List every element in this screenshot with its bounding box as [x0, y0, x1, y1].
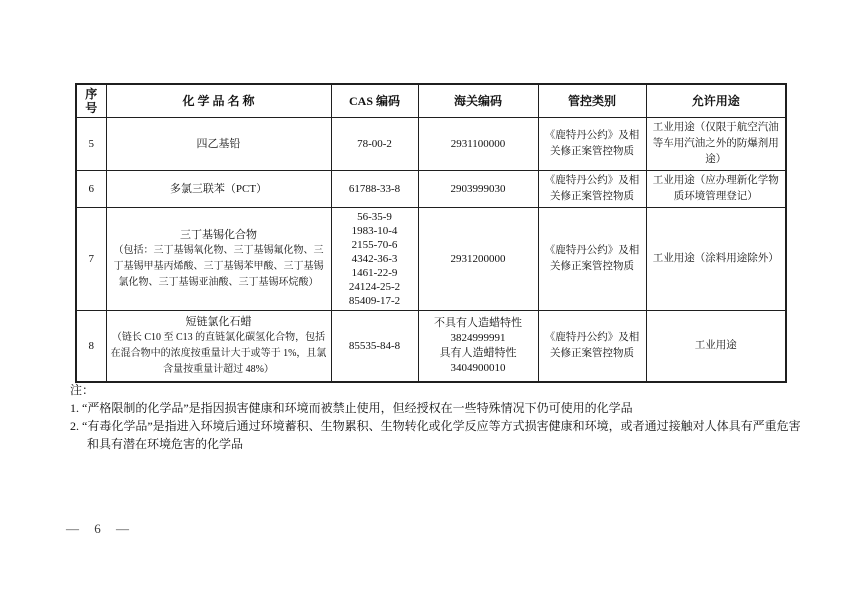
notes-label: 注：: [70, 381, 802, 399]
cell-serial: 8: [76, 311, 106, 382]
col-header-control-category: 管控类别: [538, 84, 646, 118]
cell-serial: 5: [76, 118, 106, 171]
cell-permitted-use: 工业用途（涂料用途除外）: [646, 208, 786, 311]
table-row: 7 三丁基锡化合物 （包括：三丁基锡氧化物、三丁基锡氟化物、三丁基锡甲基丙烯酸、…: [76, 208, 786, 311]
cell-serial: 7: [76, 208, 106, 311]
cell-chemical-name: 四乙基铅: [106, 118, 331, 171]
table-row: 8 短链氯化石蜡 （链长 C10 至 C13 的直链氯化碳氢化合物，包括在混合物…: [76, 311, 786, 382]
note-item-1: 1. “严格限制的化学品”是指因损害健康和环境而被禁止使用，但经授权在一些特殊情…: [70, 399, 802, 417]
cell-customs-code: 2931200000: [418, 208, 538, 311]
chemical-name-detail: （包括：三丁基锡氧化物、三丁基锡氟化物、三丁基锡甲基丙烯酸、三丁基锡苯甲酸、三丁…: [111, 243, 327, 291]
col-header-cas-code: CAS 编码: [331, 84, 418, 118]
cell-control-category: 《鹿特丹公约》及相关修正案管控物质: [538, 118, 646, 171]
cell-chemical-name: 多氯三联苯（PCT）: [106, 171, 331, 208]
cell-permitted-use: 工业用途（应办理新化学物质环境管理登记）: [646, 171, 786, 208]
col-header-serial-label: 序号: [83, 87, 99, 115]
cell-control-category: 《鹿特丹公约》及相关修正案管控物质: [538, 311, 646, 382]
chemical-name-title: 三丁基锡化合物: [111, 227, 327, 243]
cell-cas-code: 78-00-2: [331, 118, 418, 171]
chemical-table: 序号 化 学 品 名 称 CAS 编码 海关编码 管控类别 允许用途 5 四乙基…: [75, 83, 787, 383]
document-page: 序号 化 学 品 名 称 CAS 编码 海关编码 管控类别 允许用途 5 四乙基…: [0, 0, 850, 601]
cell-customs-code: 2931100000: [418, 118, 538, 171]
cell-control-category: 《鹿特丹公约》及相关修正案管控物质: [538, 208, 646, 311]
cell-cas-code: 85535-84-8: [331, 311, 418, 382]
col-header-customs-code: 海关编码: [418, 84, 538, 118]
cell-cas-code: 56-35-9 1983-10-4 2155-70-6 4342-36-3 14…: [331, 208, 418, 311]
table-header-row: 序号 化 学 品 名 称 CAS 编码 海关编码 管控类别 允许用途: [76, 84, 786, 118]
chemical-name-detail: （链长 C10 至 C13 的直链氯化碳氢化合物，包括在混合物中的浓度按重量计大…: [111, 330, 327, 378]
chemical-name-title: 多氯三联苯（PCT）: [111, 181, 327, 197]
cell-cas-code: 61788-33-8: [331, 171, 418, 208]
table-row: 6 多氯三联苯（PCT） 61788-33-8 2903999030 《鹿特丹公…: [76, 171, 786, 208]
page-number: — 6 —: [66, 521, 130, 537]
notes-section: 注： 1. “严格限制的化学品”是指因损害健康和环境而被禁止使用，但经授权在一些…: [70, 381, 802, 453]
col-header-chemical-name: 化 学 品 名 称: [106, 84, 331, 118]
cell-customs-code: 不具有人造蜡特性 3824999991 具有人造蜡特性 3404900010: [418, 311, 538, 382]
cell-customs-code: 2903999030: [418, 171, 538, 208]
cell-permitted-use: 工业用途: [646, 311, 786, 382]
cell-serial: 6: [76, 171, 106, 208]
cell-chemical-name: 三丁基锡化合物 （包括：三丁基锡氧化物、三丁基锡氟化物、三丁基锡甲基丙烯酸、三丁…: [106, 208, 331, 311]
chemical-name-title: 四乙基铅: [111, 136, 327, 152]
chemical-name-title: 短链氯化石蜡: [111, 314, 327, 330]
note-item-2: 2. “有毒化学品”是指进入环境后通过环境蓄积、生物累积、生物转化或化学反应等方…: [70, 417, 802, 453]
col-header-serial: 序号: [76, 84, 106, 118]
col-header-permitted-use: 允许用途: [646, 84, 786, 118]
cell-chemical-name: 短链氯化石蜡 （链长 C10 至 C13 的直链氯化碳氢化合物，包括在混合物中的…: [106, 311, 331, 382]
table-row: 5 四乙基铅 78-00-2 2931100000 《鹿特丹公约》及相关修正案管…: [76, 118, 786, 171]
cell-permitted-use: 工业用途（仅限于航空汽油等车用汽油之外的防爆剂用途）: [646, 118, 786, 171]
cell-control-category: 《鹿特丹公约》及相关修正案管控物质: [538, 171, 646, 208]
